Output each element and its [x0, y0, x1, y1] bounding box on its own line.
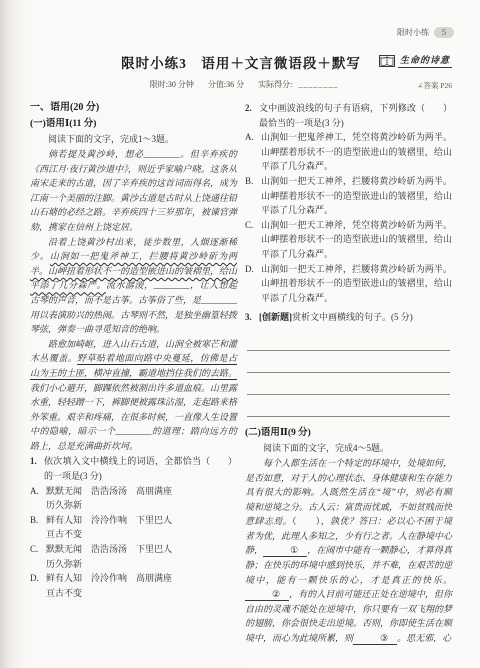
fill-blank-3: ________	[201, 295, 237, 305]
answer-page-reference: ∠答案 P26	[417, 80, 452, 91]
passage-text: 。但辛弃疾的《西江月·夜行黄沙道中》，则近乎家喻户晓。这条从南宋走来的古道，因了…	[30, 149, 237, 232]
question-2-number: 2.	[245, 101, 252, 116]
option-text: 鲜有人知 泠泠作响 高朋满座	[46, 571, 237, 586]
option-text: 鲜有人知 泠泠作响 下里巴人	[46, 513, 237, 528]
passage-text: 用以表演助兴的热闹。古琴则不然，是独坐幽篁轻拨琴弦，弹奏一曲寻觅知音的绝响。	[30, 310, 237, 335]
option-text: 默默无闻 浩浩汤汤 高朋满座	[46, 484, 237, 499]
question-1: 1. （ ） 依次填入文中横线上的词语，全都恰当的一项是(3 分)	[30, 454, 237, 483]
option-text: 历久弥新	[46, 557, 237, 572]
option-label: A.	[245, 130, 254, 145]
option-text: 历久弥新	[46, 498, 237, 513]
title-row: 限时小练3 语用＋文言微语段＋默写 生命的诗意	[30, 52, 452, 72]
q1-option-b: B. 鲜有人知 泠泠作响 下里巴人 亘古不变	[30, 513, 237, 542]
option-label: D.	[245, 262, 254, 277]
reading-instruction-1: 阅读下面的文字，完成1～3题。	[30, 132, 237, 147]
option-text: 默默无闻 浩浩汤汤 下里巴人	[46, 542, 237, 557]
answer-line	[247, 373, 450, 395]
reading-instruction-2: 阅读下面的文字，完成4～5题。	[245, 441, 452, 456]
page-corner-header: 限时小练 5	[397, 27, 454, 38]
question-3-number: 3.	[245, 310, 252, 325]
question-1-stem: 依次填入文中横线上的词语，全都恰当的一项是(3 分)	[44, 456, 201, 481]
numbered-blank-1: ①	[263, 545, 307, 557]
option-text: 山涧如一把天工神斧，拦腰将黄沙岭斫为两半。山岬摆着形状不一的造型嵌进山的皱褶里，…	[261, 174, 452, 218]
q1-option-d: D. 鲜有人知 泠泠作响 高朋满座 亘古不变	[30, 571, 237, 600]
actual-score-label: 实际得分:	[258, 80, 292, 89]
left-column: 一、语用(20 分) (一)语用Ⅰ(11 分) 阅读下面的文字，完成1～3题。 …	[30, 100, 237, 646]
q2-option-c: C. 山涧如一把天工神斧，凭空将黄沙岭斫为两半。山岬摆着形状不一的造型嵌进山的皱…	[245, 218, 452, 262]
q2-option-a: A. 山涧如一把鬼斧神工，凭空将黄沙岭斫为两半。山岬摆着形状不一的造型嵌进山的皱…	[245, 130, 452, 174]
workbook-page: 限时小练 5 限时小练3 语用＋文言微语段＋默写 生命的诗意 限时:30 分钟 …	[0, 0, 480, 668]
option-text: 亘古不变	[46, 527, 237, 542]
option-text: 亘古不变	[46, 586, 237, 601]
option-label: B.	[245, 174, 253, 189]
passage-text: 流水潺湲，	[106, 280, 154, 290]
open-book-icon	[379, 55, 395, 68]
passage1-paragraph-1: 倘若提及黄沙岭，想必________。但辛弃疾的《西江月·夜行黄沙道中》，则近乎…	[30, 147, 237, 235]
passage1-paragraph-3: 路愈加崎岖，进入山石古道，山涧全被寒芒和灌木丛覆盖。野草贴着地面向路中央蔓延，仿…	[30, 337, 237, 454]
q1-option-a: A. 默默无闻 浩浩汤汤 高朋满座 历久弥新	[30, 484, 237, 513]
option-text: 山涧如一把鬼斧神工，凭空将黄沙岭斫为两半。山岬摆着形状不一的造型嵌进山的皱褶里，…	[261, 130, 452, 174]
option-label: D.	[30, 571, 39, 586]
option-label: B.	[30, 513, 38, 528]
passage-text: 。思无邪，心	[397, 633, 451, 643]
answer-line	[247, 395, 450, 417]
question-3-stem: 赏析文中画横线的句子。(5 分)	[292, 312, 413, 322]
question-2-answer-bracket: （ ）	[416, 101, 452, 116]
option-label: C.	[30, 542, 38, 557]
option-label: A.	[30, 484, 39, 499]
q2-option-b: B. 山涧如一把天工神斧，拦腰将黄沙岭斫为两半。山岬摆着形状不一的造型嵌进山的皱…	[245, 174, 452, 218]
corner-label: 限时小练	[397, 27, 429, 38]
total-score: 分值:36 分	[208, 80, 244, 89]
subsection-heading-yuyong1: (一)语用Ⅰ(11 分)	[30, 116, 237, 132]
page-number-badge: 5	[434, 27, 454, 38]
exam-meta-row: 限时:30 分钟 分值:36 分 实际得分:________ ∠答案 P26	[30, 79, 452, 91]
q2-option-d: D. 山涧如一把天工神斧，拦腰将黄沙岭斫为两半。山岬扭着形状不一的造型嵌进山的皱…	[245, 262, 452, 306]
actual-score-blank: ________	[298, 80, 338, 89]
question-3: 3. [创新题]赏析文中画横线的句子。(5 分)	[245, 310, 452, 325]
subsection-heading-yuyong2: (二)语用Ⅱ(9 分)	[245, 425, 452, 441]
option-text: 山涧如一把天工神斧，拦腰将黄沙岭斫为两半。山岬扭着形状不一的造型嵌进山的皱褶里，…	[261, 262, 452, 306]
passage-text: 倘若提及黄沙岭，想必	[48, 149, 144, 159]
question-3-answer-area	[245, 329, 452, 417]
option-label: C.	[245, 218, 253, 233]
fill-blank-4: ________	[116, 426, 152, 436]
two-column-body: 一、语用(20 分) (一)语用Ⅰ(11 分) 阅读下面的文字，完成1～3题。 …	[30, 100, 452, 646]
theme-title: 生命的诗意	[398, 53, 452, 68]
fill-blank-1: ________	[144, 149, 180, 159]
parenthesis-blank: （ ）	[292, 516, 321, 526]
question-1-answer-bracket: （ ）	[201, 454, 237, 469]
answer-line	[247, 329, 450, 351]
time-limit: 限时:30 分钟	[150, 80, 194, 89]
passage2-paragraph: 每个人都生活在一个特定的环境中，处境如何，是否如意，对于人的心理状态、身体健康和…	[245, 456, 452, 646]
question-2-stem: 文中画波浪线的句子有语病，下列修改最恰当的一项是(3 分)	[259, 103, 416, 128]
numbered-blank-3: ③	[353, 633, 397, 645]
right-column: 2. （ ） 文中画波浪线的句子有语病，下列修改最恰当的一项是(3 分) A. …	[245, 100, 452, 646]
numbered-blank-2: ②	[245, 589, 289, 601]
question-2: 2. （ ） 文中画波浪线的句子有语病，下列修改最恰当的一项是(3 分)	[245, 101, 452, 130]
passage1-paragraph-2: 沿着上饶黄沙村出来，徒步数里，人烟逐渐稀少。山涧如一把鬼斧神工，拦腰将黄沙岭斫为…	[30, 235, 237, 337]
question-1-number: 1.	[30, 454, 37, 469]
q1-option-c: C. 默默无闻 浩浩汤汤 下里巴人 历久弥新	[30, 542, 237, 571]
option-text: 山涧如一把天工神斧，凭空将黄沙岭斫为两半。山岬摆着形状不一的造型嵌进山的皱褶里，…	[261, 218, 452, 262]
section-heading-yuyong: 一、语用(20 分)	[30, 100, 237, 116]
fill-blank-2: ________	[153, 280, 189, 290]
theme-logo: 生命的诗意	[379, 53, 452, 68]
answer-line	[247, 351, 450, 373]
question-3-tag: [创新题]	[259, 312, 292, 322]
page-title: 限时小练3 语用＋文言微语段＋默写	[121, 52, 361, 72]
